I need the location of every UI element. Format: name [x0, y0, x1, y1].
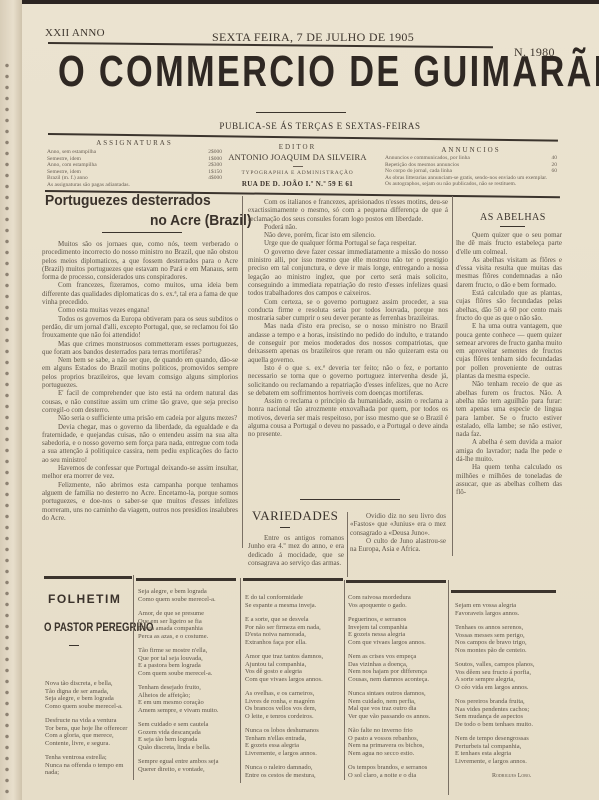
- verse-line: Nem as crises vos empeça: [348, 653, 448, 661]
- binding-edge: [0, 0, 22, 800]
- verse-line: Ajuntou tal companhia,: [245, 661, 345, 669]
- article-end-rule: [300, 499, 400, 500]
- verse-line: Sejam em vossa alegria: [455, 602, 555, 610]
- variedades-title: VARIEDADES: [252, 508, 338, 524]
- ads-table: Annuncios e communicados, por linha40Rep…: [385, 155, 557, 175]
- variedades-rule: [280, 527, 290, 528]
- abelhas-body: Quem quizer que o seu pomar lhe dê mais …: [456, 231, 562, 551]
- verse-line: Sempre egual entre ambos seja: [138, 758, 238, 766]
- price-label: Anno, com estampilha: [47, 162, 97, 169]
- folhetim-title-rule: [69, 645, 79, 646]
- verse-line: E gozeis nessa alegria: [348, 631, 448, 639]
- paragraph: Mas nada d'isto era preciso, se o nosso …: [248, 322, 448, 363]
- price-label: Anno, sem estampilha: [47, 149, 96, 156]
- verse-line: E em um mesmo coração: [138, 699, 238, 707]
- verse-line: Ver que vão passando os annos.: [348, 713, 448, 721]
- verse-line: A sorte sempre alegria,: [455, 676, 555, 684]
- paragraph: Está calculado que as plantas, cujas flô…: [456, 289, 562, 322]
- poem-column-2: Seja alegre, e bem logradaComo quem soub…: [138, 588, 238, 780]
- stanza: Sempre egual entre ambos sejaQuerer dire…: [138, 758, 238, 773]
- verse-line: Como quem soube merecel-a.: [138, 596, 238, 604]
- stanza: Seja alegre, e bem logradaComo quem soub…: [138, 588, 238, 603]
- poem-divider-1: [133, 575, 134, 780]
- price-label: Annuncios e communicados, por linha: [385, 155, 470, 162]
- paragraph: Isto é o que s. ex.ª deveria ter feito; …: [248, 364, 448, 397]
- price-label: Semestre, idem: [47, 156, 81, 163]
- poem-column-4: Com raivosa mordeduraVos apoquente o gad…: [348, 594, 448, 786]
- paragraph: Havemos de confessar que Portugal deixan…: [42, 464, 238, 481]
- paragraph: Devia chegar, mas o governo da liberdade…: [42, 423, 238, 464]
- verse-line: E a pastora bem lograda: [138, 662, 238, 670]
- verse-line: Nem na primavera os bichos,: [348, 742, 448, 750]
- verse-line: E do tal conformidade: [245, 594, 345, 602]
- ads-note-1: As obras litterarias annunciam-se gratis…: [385, 175, 557, 182]
- verse-line: Tenhaes os annos serenos,: [455, 624, 555, 632]
- subscriptions-table: Anno, sem estampilha2$000Semestre, idem1…: [47, 149, 222, 182]
- abelhas-title: AS ABELHAS: [480, 212, 546, 223]
- ads-box: ANNUNCIOS Annuncios e communicados, por …: [385, 146, 557, 188]
- folhetim-top-rule-4: [346, 580, 446, 583]
- verse-line: Que em ser ligeiro se fia: [138, 618, 238, 626]
- article-body-right: Com os italianos e francezes, aprisionad…: [248, 198, 448, 446]
- verse-line: D'esta noiva namorada,: [245, 631, 345, 639]
- paragraph: Como esta muitas vezes engana!: [42, 306, 238, 314]
- stanza: Nunca sintaes outros damnos,Nem cuidado,…: [348, 690, 448, 720]
- paragraph: Urge que de qualquer fórma Portugal se f…: [248, 239, 448, 247]
- verse-line: E tenhaes esta alegria: [455, 750, 555, 758]
- stanza: Soutos, valles, campos planos,Vos dêem s…: [455, 661, 555, 691]
- verse-line: Nem nos hajam por differença: [348, 668, 448, 676]
- paragraph: A abelha é sem duvida a maior amiga do l…: [456, 438, 562, 463]
- variedades-right: Ovidio diz no seu livro dos «Fastos» que…: [350, 512, 446, 572]
- verse-line: E gozeis essa alegria: [245, 742, 345, 750]
- stanza: E do tal conformidadeSe espante a mesma …: [245, 594, 345, 609]
- paragraph: Mas que crimes monstruosos commetteram e…: [42, 340, 238, 357]
- verse-line: Tão digna de ser amada,: [45, 688, 135, 696]
- price-row: Anno, sem estampilha2$000: [47, 149, 222, 156]
- verse-line: Seja alegre, e bem lograda: [138, 588, 238, 596]
- poem-column-5: Sejam em vossa alegriaFavoraveis largos …: [455, 602, 555, 772]
- paragraph: O governo deve fazer cessar immediatamen…: [248, 248, 448, 298]
- paragraph: Com francezes, fizeramos, como muitos, u…: [42, 281, 238, 306]
- verse-line: Tenham desejado fruito,: [138, 684, 238, 692]
- subscriptions-box: ASSIGNATURAS Anno, sem estampilha2$000Se…: [47, 139, 222, 189]
- editor-office: TYPOGRAPHIA E ADMINISTRAÇÃO: [215, 170, 380, 176]
- verse-line: Querer direito, e vontade,: [138, 766, 238, 774]
- verse-line: Amem sempre, e vivam muito.: [138, 707, 238, 715]
- verse-line: Como quem soube merecel-a.: [45, 703, 135, 711]
- editor-box: EDITOR ANTONIO JOAQUIM DA SILVEIRA TYPOG…: [215, 143, 380, 188]
- verse-line: Nos montes pão de centeio.: [455, 647, 555, 655]
- verse-line: Tor bens, que hoje lhe offerecer: [45, 725, 135, 733]
- paragraph: Não tenham receio de que as abelhas fure…: [456, 380, 562, 438]
- price-row: Annuncios e communicados, por linha40: [385, 155, 557, 162]
- abelhas-rule: [500, 226, 525, 227]
- verse-line: Nova tão discreta, e bella,: [45, 680, 135, 688]
- price-row: Repetição dos mesmos annuncios20: [385, 162, 557, 169]
- verse-line: Nos campos de bravo trigo,: [455, 639, 555, 647]
- folhetim-label: FOLHETIM: [48, 592, 121, 606]
- price-row: Semestre, idem1$000: [47, 156, 222, 163]
- verse-line: Nos pereiros branda fruita,: [455, 698, 555, 706]
- poem-divider-3: [344, 580, 345, 780]
- paragraph: Poderá não.: [248, 223, 448, 231]
- stanza: Nova tão discreta, e bella,Tão digna de …: [45, 680, 135, 710]
- verse-line: Nas vides pendentes cachos;: [455, 706, 555, 714]
- verse-line: Que por tal seja louvada,: [138, 655, 238, 663]
- verse-line: Vos dêem seu fructo á porfia,: [455, 669, 555, 677]
- price-label: No corpo do jornal, cada linha: [385, 168, 452, 175]
- variedades-left: Entre os antigos romanos Junho era 4.º m…: [248, 534, 344, 584]
- verse-line: Vossas messes sem perigo,: [455, 632, 555, 640]
- verse-line: Vos dê gosto e alegria: [245, 668, 345, 676]
- verse-line: Tenha ventrosa estrella;: [45, 754, 135, 762]
- folhetim-top-rule-5: [451, 590, 556, 593]
- ads-title: ANNUNCIOS: [385, 146, 557, 154]
- date-label: SEXTA FEIRA, 7 DE JULHO DE 1905: [212, 30, 414, 45]
- binding-holes: [2, 60, 12, 800]
- verse-line: Perca as azas, e o costume.: [138, 633, 238, 641]
- paragraph: Com certeza, se o governo portuguez assi…: [248, 298, 448, 323]
- folhetim-top-rule-1: [44, 576, 132, 579]
- stanza: Tenha ventrosa estrella;Nunca na offenda…: [45, 754, 135, 777]
- poem-divider-2: [240, 578, 241, 783]
- column-divider-1: [242, 196, 243, 548]
- verse-line: Soutos, valles, campos planos,: [455, 661, 555, 669]
- price-label: Brazil (m. f.) anno: [47, 175, 88, 182]
- stanza: Nem de tempo desengrossasPerturbeis tal …: [455, 735, 555, 765]
- verse-line: Com raivosa mordedura: [348, 594, 448, 602]
- variedades-divider: [347, 512, 348, 577]
- price-row: No corpo do jornal, cada linha60: [385, 168, 557, 175]
- verse-line: Livres de ronha, e magrém: [245, 698, 345, 706]
- stanza: Não falte no inverno frioO pasto a vosso…: [348, 727, 448, 757]
- price-row: Brazil (m. f.) anno4$000: [47, 175, 222, 182]
- verse-line: Peguerinos, e serranos: [348, 616, 448, 624]
- verse-line: Não falte no inverno frio: [348, 727, 448, 735]
- stanza: E a sorte, que se desvelaPor não ser fir…: [245, 616, 345, 646]
- verse-line: Livremente, e largos annos.: [455, 758, 555, 766]
- variedades-right-text-1: Ovidio diz no seu livro dos «Fastos» que…: [350, 512, 446, 537]
- article-headline-line-2: no Acre (Brazil): [150, 212, 251, 229]
- verse-line: Gozem vida descançada: [138, 729, 238, 737]
- stanza: Amor que traz tantos damnos,Ajuntou tal …: [245, 653, 345, 683]
- verse-line: E a sorte, que se desvela: [245, 616, 345, 624]
- paragraph: Não deve, porém, ficar isto em silencio.: [248, 231, 448, 239]
- verse-line: De todo o bem tenhaes muito.: [455, 721, 555, 729]
- stanza: Nunca os lobos deshumanosTenham n'ellas …: [245, 727, 345, 757]
- stanza: As ovelhas, e os carneiros,Livres de ron…: [245, 690, 345, 720]
- verse-line: E seja tão bem lograda: [138, 736, 238, 744]
- verse-line: Com que vivaes largos annos.: [245, 676, 345, 684]
- headline-rule: [102, 232, 182, 233]
- ads-note-2: Os autographos, sejam ou não publicados,…: [385, 181, 557, 188]
- verse-line: Os tempos brandos, e serranos: [348, 764, 448, 772]
- paragraph: As abelhas visitam as flôres e d'essa vi…: [456, 256, 562, 289]
- subscriptions-title: ASSIGNATURAS: [47, 139, 222, 147]
- verse-line: O pasto a vossos rebanhos,: [348, 735, 448, 743]
- verse-line: Contente, livre, e segura.: [45, 740, 135, 748]
- stanza: Amor, de que se presumeQue em ser ligeir…: [138, 610, 238, 640]
- verse-line: Favoraveis largos annos.: [455, 610, 555, 618]
- variedades-left-text: Entre os antigos romanos Junho era 4.º m…: [248, 534, 344, 567]
- verse-line: Com quem soube merecel-a.: [138, 670, 238, 678]
- subtitle-rule: [256, 112, 346, 113]
- paragraph: Todos os governos da Europa obtiveram pa…: [42, 315, 238, 340]
- verse-line: Mal que vos traz outro dia: [348, 705, 448, 713]
- paragraph: Muitos são os jornaes que, como nós, tee…: [42, 240, 238, 281]
- editor-address: RUA DE D. JOÃO I.º N.º 59 E 61: [215, 180, 380, 188]
- stanza: Sem cuidado e sem cautelaGozem vida desc…: [138, 721, 238, 751]
- verse-line: Sem mudança de aspectos: [455, 713, 555, 721]
- verse-line: Livremente, e largos annos.: [245, 750, 345, 758]
- verse-line: O céo vida em largos annos.: [455, 684, 555, 692]
- verse-line: Nem de tempo desengrossas: [455, 735, 555, 743]
- verse-line: Nem agua no secco estio.: [348, 750, 448, 758]
- price-label: Repetição dos mesmos annuncios: [385, 162, 459, 169]
- stanza: Nem as crises vos empeçaDas vizinhas a d…: [348, 653, 448, 683]
- poem-divider-4: [448, 580, 449, 795]
- verse-line: Por não ser firmeza em nada,: [245, 624, 345, 632]
- verse-line: Vos apoquente o gado.: [348, 602, 448, 610]
- year-label: XXII ANNO: [45, 27, 105, 39]
- stanza: Os tempos brandos, e serranosO sol claro…: [348, 764, 448, 779]
- verse-line: N'esta amada companhia: [138, 625, 238, 633]
- stanza: Nunca o raleiro damnado,Entre os cestos …: [245, 764, 345, 779]
- column-divider-2: [452, 196, 453, 556]
- verse-line: Desfructe na vida a ventura: [45, 717, 135, 725]
- editor-label: EDITOR: [215, 143, 380, 151]
- price-value: 60: [552, 168, 558, 175]
- editor-name: ANTONIO JOAQUIM DA SILVEIRA: [215, 152, 380, 162]
- price-value: 20: [552, 162, 558, 169]
- verse-line: Alheios de affeição;: [138, 692, 238, 700]
- verse-line: As ovelhas, e os carneiros,: [245, 690, 345, 698]
- verse-line: O leite, e tenros cordeiros.: [245, 713, 345, 721]
- paragraph: E' facil de comprehender que isto está n…: [42, 389, 238, 414]
- verse-line: Invejem tal companhia: [348, 624, 448, 632]
- verse-line: Perturbeis tal companhia,: [455, 743, 555, 751]
- paragraph: Com os italianos e francezes, aprisionad…: [248, 198, 448, 223]
- verse-line: Amor, de que se presume: [138, 610, 238, 618]
- folhetim-top-rule-3: [243, 578, 343, 581]
- poem-column-1: Nova tão discreta, e bella,Tão digna de …: [45, 680, 135, 784]
- price-value: 40: [552, 155, 558, 162]
- verse-line: Entre os cestos de mestura,: [245, 772, 345, 780]
- stanza: Com raivosa mordeduraVos apoquente o gad…: [348, 594, 448, 609]
- variedades-right-text-2: O culto de Juno alastrou-se na Europa, A…: [350, 537, 446, 554]
- paragraph: Nem bem se sabe, a não ser que, de quand…: [42, 356, 238, 389]
- verse-line: Tenham n'ellas entrada,: [245, 735, 345, 743]
- verse-line: Seja alegre, e bem lograda: [45, 695, 135, 703]
- stanza: Tão firme se mostre n'ella,Que por tal s…: [138, 647, 238, 677]
- verse-line: Amor que traz tantos damnos,: [245, 653, 345, 661]
- subscriptions-note: As assignaturas são pagas adiantadas.: [47, 182, 222, 189]
- verse-line: Nunca os lobos deshumanos: [245, 727, 345, 735]
- paragraph: Assim o reclama o principio da humanidad…: [248, 397, 448, 438]
- editor-divider: [293, 166, 303, 167]
- verse-line: Nunca na offenda o tempo em nada;: [45, 762, 135, 777]
- paragraph: Ha quem tenha calculado os milhões e mil…: [456, 463, 562, 496]
- verse-line: Com a gloria, que merece,: [45, 732, 135, 740]
- folhetim-top-rule-2: [136, 578, 236, 581]
- article-body-left: Muitos são os jornaes que, como nós, tee…: [42, 240, 238, 570]
- paragraph: E ha uma outra vantagem, que pouca gente…: [456, 322, 562, 380]
- paragraph: Felizmente, não abrimos esta campanha po…: [42, 481, 238, 522]
- verse-line: Se espante a mesma inveja.: [245, 602, 345, 610]
- paragraph: Quem quizer que o seu pomar lhe dê mais …: [456, 231, 562, 256]
- poem-signature: Rodrigues Lobo.: [492, 773, 531, 779]
- verse-line: Sem cuidado e sem cautela: [138, 721, 238, 729]
- masthead-title: O COMMERCIO DE GUIMARÃES: [58, 47, 557, 97]
- verse-line: Cousas, nem damnos aconteça.: [348, 676, 448, 684]
- verse-line: Nunca o raleiro damnado,: [245, 764, 345, 772]
- article-headline-line-1: Portuguezes desterrados: [45, 192, 211, 209]
- stanza: Peguerinos, e serranosInvejem tal compan…: [348, 616, 448, 646]
- verse-line: O sol claro, a noite e o dia: [348, 772, 448, 780]
- verse-line: Extranhos faça por ella.: [245, 639, 345, 647]
- verse-line: Das vizinhas a doença,: [348, 661, 448, 669]
- verse-line: Tão firme se mostre n'ella,: [138, 647, 238, 655]
- stanza: Desfructe na vida a venturaTor bens, que…: [45, 717, 135, 747]
- verse-line: Com que vivaes largos annos.: [348, 639, 448, 647]
- stanza: Tenham desejado fruito,Alheios de affeiç…: [138, 684, 238, 714]
- verse-line: Nem cuidado, nem perfia,: [348, 698, 448, 706]
- verse-line: Os brancos vellos vos dem,: [245, 705, 345, 713]
- stanza: Tenhaes os annos serenos,Vossas messes s…: [455, 624, 555, 654]
- publication-days: PUBLICA-SE ÁS TERÇAS E SEXTAS-FEIRAS: [60, 121, 580, 131]
- price-row: Anno, com estampilha2$300: [47, 162, 222, 169]
- verse-line: Nunca sintaes outros damnos,: [348, 690, 448, 698]
- verse-line: Quão discreta, linda e bella.: [138, 744, 238, 752]
- poem-column-3: E do tal conformidadeSe espante a mesma …: [245, 594, 345, 786]
- paragraph: Não seria o sufficiente uma prisão em ca…: [42, 414, 238, 422]
- stanza: Sejam em vossa alegriaFavoraveis largos …: [455, 602, 555, 617]
- stanza: Nos pereiros branda fruita,Nas vides pen…: [455, 698, 555, 728]
